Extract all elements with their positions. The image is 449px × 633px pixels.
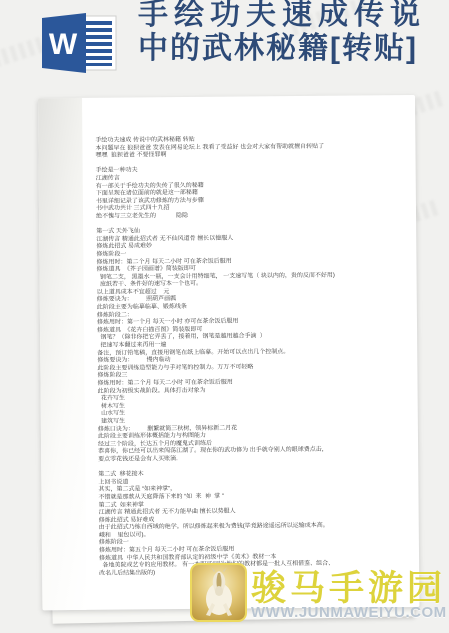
running-horse-icon xyxy=(192,565,245,620)
word-document-icon: W xyxy=(42,13,118,73)
document-text: 手绘功夫速成 传说中的武林秘籍 转贴本问题早在 狼狈爸爸 发表在网易论坛上 我看… xyxy=(95,135,404,578)
horse-logo xyxy=(190,563,247,622)
page-title-line2: 中的武林秘籍[转贴] xyxy=(138,32,449,66)
page-title: 手绘功夫速成传说 中的武林秘籍[转贴] xyxy=(138,0,449,66)
page-title-line1: 手绘功夫速成传说 xyxy=(138,0,449,32)
svg-text:W: W xyxy=(49,28,78,61)
document-page[interactable]: 手绘功夫速成 传说中的武林秘籍 转贴本问题早在 狼狈爸爸 发表在网易论坛上 我看… xyxy=(38,95,419,610)
watermark-site-url[interactable]: WWW.JUNMAWEIYU.COM xyxy=(251,604,447,621)
